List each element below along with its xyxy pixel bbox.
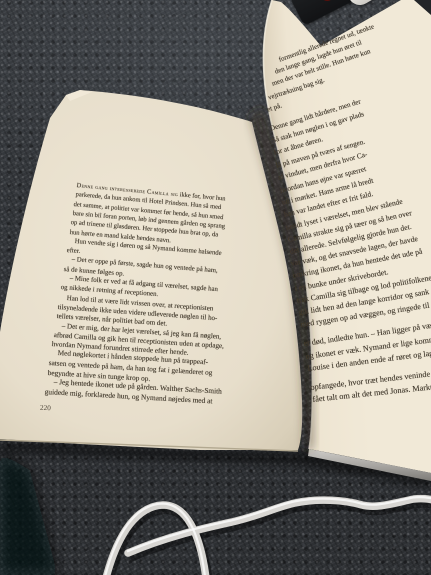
white-cable: [0, 0, 431, 575]
photo-open-book-on-couch: formentlig allerede regnet ud, tænkteden…: [0, 0, 431, 575]
